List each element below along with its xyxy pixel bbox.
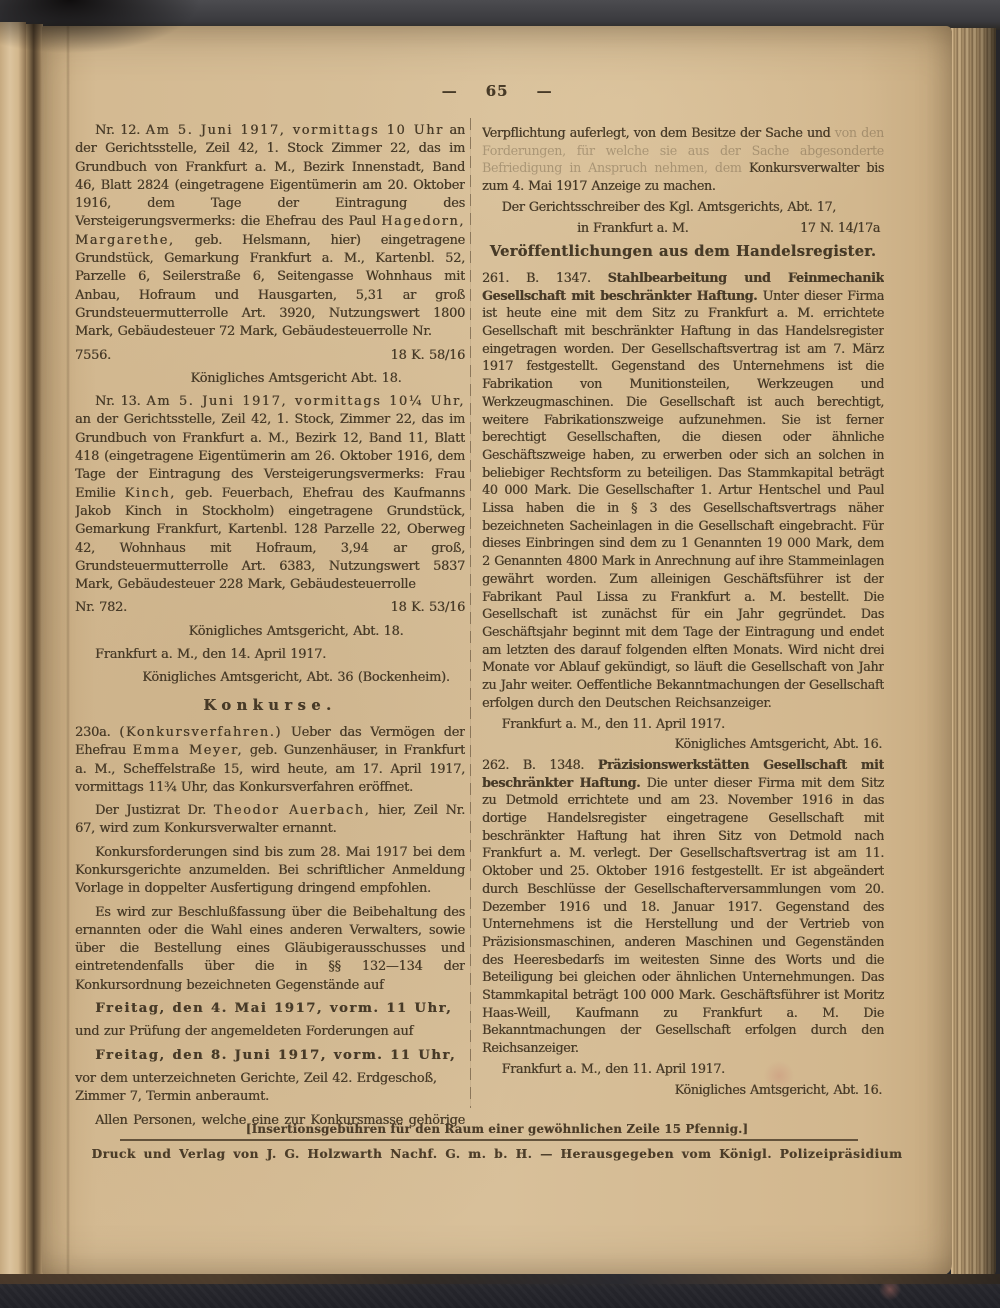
page-header: — 65 —	[42, 82, 952, 100]
text-segment: (Konkursverfahren.)	[119, 725, 282, 740]
foreclosure-notice-nr12: Nr. 12. Am 5. Juni 1917, vormittags 10 U…	[75, 122, 465, 342]
court-signature-abt18: Königliches Amtsgericht Abt. 18.	[101, 370, 465, 388]
register-entry-261: 261. B. 1347. Stahlbearbeitung und Feinm…	[482, 269, 884, 712]
text-segment: Die unter dieser Firma mit dem Sitz zu D…	[482, 775, 884, 1056]
date-line-262: Frankfurt a. M., den 11. April 1917.	[482, 1060, 884, 1078]
scanned-page: — 65 — Nr. 12. Am 5. Juni 1917, vormitta…	[42, 26, 952, 1276]
text-segment: geb. Helsmann, hier) eingetragene Grunds…	[75, 233, 465, 339]
resolution-paragraph: Es wird zur Beschlußfassung über die Bei…	[75, 904, 465, 995]
text-segment: 261. B. 1347.	[482, 270, 608, 285]
column-divider	[470, 118, 471, 1108]
page-edges-right	[951, 28, 996, 1278]
left-column: Nr. 12. Am 5. Juni 1917, vormittags 10 U…	[75, 122, 465, 1130]
section-heading-konkurse: Konkurse.	[75, 697, 465, 715]
obligation-continuation-paragraph: Verpflichtung auferlegt, von dem Besitze…	[482, 124, 884, 195]
book-scan: — 65 — Nr. 12. Am 5. Juni 1917, vormitta…	[0, 0, 1000, 1308]
hearing-location-paragraph: vor dem unterzeichneten Gerichte, Zeil 4…	[75, 1070, 465, 1107]
facing-page-edge	[0, 22, 26, 1284]
location-label: in Frankfurt a. M.	[577, 219, 688, 237]
case-number: 17 N. 14/17a	[800, 219, 884, 237]
text-segment: 230a.	[75, 725, 119, 740]
case-number: 18 K. 58/16	[391, 347, 465, 365]
register-entry-262: 262. B. 1348. Präzisionswerkstätten Gese…	[482, 756, 884, 1057]
docket-row-nr13: Nr. 782. 18 K. 53/16	[75, 599, 465, 617]
text-segment: Nr. 13.	[95, 394, 146, 409]
text-segment: 262. B. 1348.	[482, 757, 598, 772]
hearing-date-1: Freitag, den 4. Mai 1917, vorm. 11 Uhr,	[75, 1000, 465, 1018]
claims-deadline-paragraph: Konkursforderungen sind bis zum 28. Mai …	[75, 844, 465, 899]
book-binding-bottom	[0, 1274, 1000, 1308]
claims-examination-line: und zur Prüfung der angemeldeten Forderu…	[75, 1023, 465, 1041]
gutter-shadow	[26, 24, 43, 1280]
docket-row-nr12: 7556. 18 K. 58/16	[75, 347, 465, 365]
text-segment: Der Justizrat Dr.	[95, 803, 214, 818]
footer-rule	[120, 1139, 858, 1141]
section-heading-handelsregister: Veröffentlichungen aus dem Handelsregist…	[482, 243, 884, 261]
hearing-date-2: Freitag, den 8. Juni 1917, vorm. 11 Uhr,	[75, 1047, 465, 1065]
text-segment: Verpflichtung auferlegt, von dem Besitze…	[482, 125, 835, 140]
page-number: 65	[486, 82, 509, 100]
text-segment: Theodor Auerbach,	[214, 803, 371, 818]
foreclosure-notice-nr13: Nr. 13. Am 5. Juni 1917, vormittags 10¼ …	[75, 393, 465, 594]
text-segment: Nr. 12.	[95, 123, 146, 138]
clerk-location-row: in Frankfurt a. M. 17 N. 14/17a	[482, 219, 884, 237]
text-segment: geb. Feuerbach, Ehefrau des Kaufmanns Ja…	[75, 486, 465, 592]
insertion-fee-notice: [Insertionsgebühren für den Raum einer g…	[42, 1122, 952, 1136]
court-signature-abt36: Königliches Amtsgericht, Abt. 36 (Bocken…	[101, 669, 465, 687]
case-number: 18 K. 53/16	[391, 599, 465, 617]
text-segment: Am 5. Juni 1917, vormittags 10 Uhr	[146, 123, 444, 138]
imprint-line: Druck und Verlag von J. G. Holzwarth Nac…	[72, 1147, 922, 1161]
court-clerk-line: Der Gerichtsschreiber des Kgl. Amtsgeric…	[482, 198, 884, 216]
docket-left: Nr. 782.	[75, 599, 127, 617]
court-signature-abt16: Königliches Amtsgericht, Abt. 16.	[482, 1081, 884, 1099]
date-line: Frankfurt a. M., den 14. April 1917.	[75, 646, 465, 664]
date-line-261: Frankfurt a. M., den 11. April 1917.	[482, 715, 884, 733]
court-signature-abt16: Königliches Amtsgericht, Abt. 16.	[482, 735, 884, 753]
text-segment: Unter dieser Firma ist heute eine mit de…	[482, 288, 884, 710]
page-number-dash-left: —	[442, 82, 458, 100]
administrator-paragraph: Der Justizrat Dr. Theodor Auerbach, hier…	[75, 802, 465, 839]
bankruptcy-notice-230a: 230a. (Konkursverfahren.) Ueber das Verm…	[75, 724, 465, 797]
text-segment: Am 5. Juni 1917, vormittags 10¼ Uhr,	[146, 394, 465, 409]
text-segment: Emma Meyer,	[133, 743, 244, 758]
right-column: Verpflichtung auferlegt, von dem Besitze…	[482, 124, 884, 1112]
page-number-dash-right: —	[536, 82, 552, 100]
court-signature-abt18: Königliches Amtsgericht, Abt. 18.	[101, 623, 465, 641]
docket-left: 7556.	[75, 347, 111, 365]
text-segment: Kinch,	[125, 486, 176, 501]
